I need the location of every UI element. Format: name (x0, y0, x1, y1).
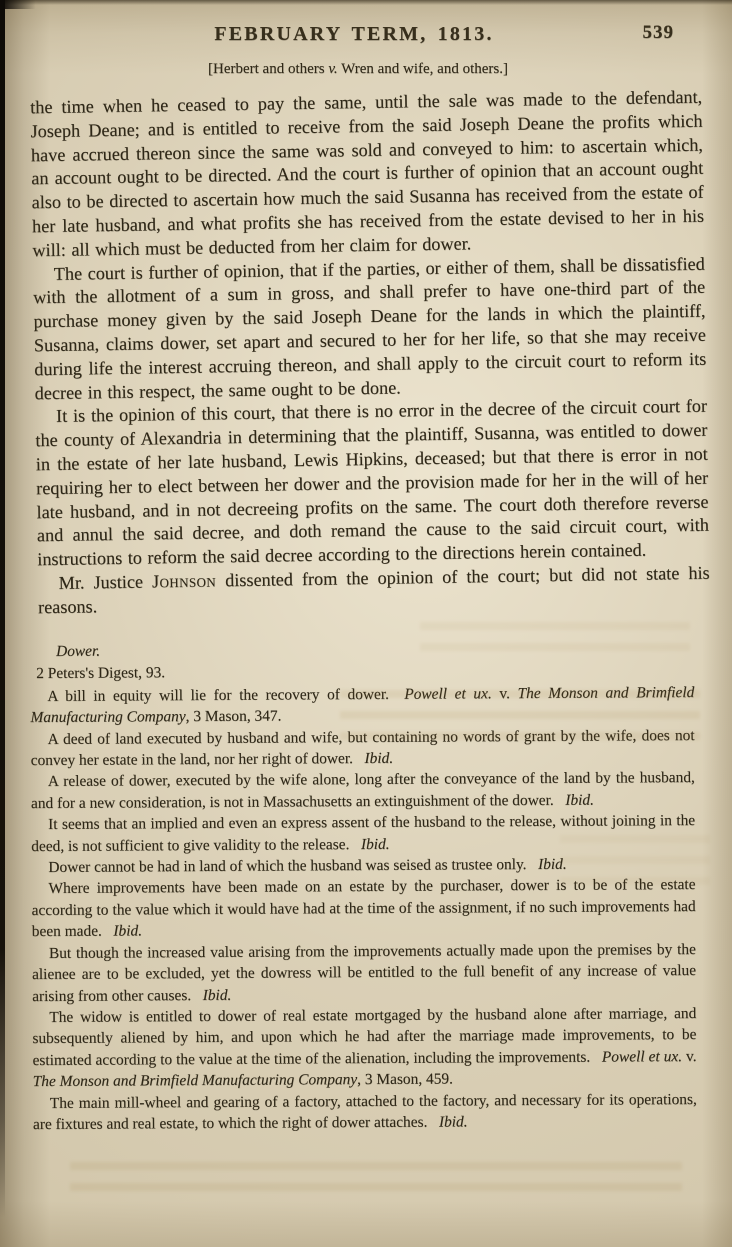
opinion-text: the time when he ceased to pay the same,… (30, 86, 710, 620)
text-run: A deed of land executed by husband and w… (31, 726, 695, 768)
text-run: v. (682, 1047, 697, 1064)
text-run: A release of dower, executed by the wife… (31, 769, 695, 811)
text-run: Ibid. (113, 922, 142, 939)
headnote-item: The widow is entitled to dower of real e… (32, 1002, 697, 1092)
text-run: Ibid. (364, 749, 393, 766)
text-run: Wren and wife, and others.] (338, 61, 508, 77)
text-run: Ibid. (361, 835, 390, 852)
text-run: A bill in equity will lie for the recove… (47, 685, 404, 704)
scanned-book-page: FEBRUARY TERM, 1813. 539 [Herbert and ot… (0, 0, 732, 1247)
text-run: Mr. Justice (59, 571, 153, 592)
text-run: But though the increased value arising f… (32, 940, 696, 1004)
opinion-paragraph: The court is further of opinion, that if… (33, 252, 707, 405)
page-header: FEBRUARY TERM, 1813. 539 (30, 21, 702, 48)
text-run: The Monson and Brimfield Manufacturing C… (33, 1071, 358, 1090)
headnote-item: A deed of land executed by husband and w… (31, 724, 695, 771)
headnote-item: But though the increased value arising f… (32, 938, 696, 1006)
opinion-paragraph: the time when he ceased to pay the same,… (30, 86, 705, 263)
page-content: FEBRUARY TERM, 1813. 539 [Herbert and ot… (0, 0, 732, 1247)
text-run: The main mill-wheel and gearing of a fac… (33, 1090, 697, 1132)
text-run: Powell et ux. (404, 685, 492, 703)
text-run: the time when he ceased to pay the same,… (30, 87, 704, 260)
running-title: FEBRUARY TERM, 1813. (18, 21, 690, 47)
headnote-item: A release of dower, executed by the wife… (31, 767, 695, 814)
text-run: Dower cannot be had in land of which the… (48, 856, 538, 876)
page-number: 539 (643, 22, 675, 44)
text-run: Johnson (152, 570, 216, 591)
headnote-item: A bill in equity will lie for the recove… (30, 681, 694, 728)
text-run: It is the opinion of this court, that th… (35, 396, 709, 569)
headnote-list: A bill in equity will lie for the recove… (30, 681, 697, 1135)
text-run: Ibid. (538, 855, 567, 872)
text-run: Powell et ux. (602, 1047, 682, 1064)
digest-citation: 2 Peters's Digest, 93. (36, 659, 694, 684)
text-run: , 3 Mason, 347. (186, 707, 282, 725)
opinion-paragraph: It is the opinion of this court, that th… (35, 395, 710, 572)
text-run: Ibid. (565, 791, 594, 808)
dissent-note: Mr. Justice Johnson dissented from the o… (38, 562, 711, 620)
headnotes-section: Dower. 2 Peters's Digest, 93. A bill in … (30, 636, 705, 1134)
text-run: The court is further of opinion, that if… (33, 253, 706, 403)
text-run: Ibid. (203, 986, 232, 1003)
text-run: v. (492, 684, 518, 701)
headnote-item: The main mill-wheel and gearing of a fac… (33, 1088, 697, 1135)
text-run: , 3 Mason, 459. (357, 1070, 453, 1088)
text-run: v. (328, 61, 337, 77)
headnotes-topic-title: Dower. (56, 637, 694, 662)
headnote-item: Where improvements have been made on an … (31, 874, 695, 942)
case-caption: [Herbert and others v. Wren and wife, an… (22, 60, 694, 78)
text-run: The widow is entitled to dower of real e… (32, 1004, 696, 1068)
text-run: [Herbert and others (208, 61, 328, 77)
headnote-item: It seems that an implied and even an exp… (31, 810, 695, 857)
text-run: Ibid. (439, 1113, 468, 1130)
